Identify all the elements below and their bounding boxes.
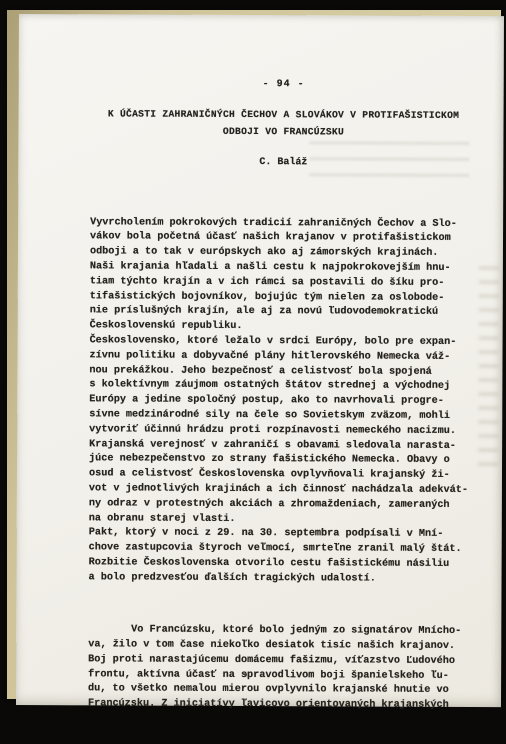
scan-speck <box>244 673 247 676</box>
body-line: va, žilo v tom čase niekoľko desiatok ti… <box>88 638 474 654</box>
body-line: Pakt, ktorý v noci z 29. na 30. septembr… <box>89 527 475 543</box>
body-line: ny odraz v protestných akciách a zhromaž… <box>89 497 475 513</box>
body-line: Československú republiku. <box>90 319 476 335</box>
body-line: zívnu politiku a dobyvačné plány hitlero… <box>89 349 475 365</box>
body-line: Vo Francúzsku, ktoré bolo jedným zo sign… <box>88 623 474 639</box>
body-line: Európy a jedine spoločný postup, ako to … <box>89 393 475 409</box>
body-line: vytvoriť účinnú hrádzu proti rozpínavost… <box>89 423 475 439</box>
article-title: K ÚČASTI ZAHRANIČNÝCH ČECHOV A SLOVÁKOV … <box>90 106 476 141</box>
body-line: a bolo predzvesťou ďalších tragických ud… <box>89 571 475 587</box>
body-line: nou prekážkou. Jeho bezpečnosť a celistv… <box>89 364 475 380</box>
body-line: júce nebezpečenstvo zo strany fašistické… <box>89 453 475 469</box>
body-line: tifašistických bojovníkov, bojujúc tým n… <box>90 290 476 306</box>
body-line: s kolektívnym záujmom ostatných štátov s… <box>89 379 475 395</box>
body-line: frontu, aktívna účasť na spravodlivom bo… <box>88 668 474 684</box>
body-line: na obranu starej vlasti. <box>89 512 475 528</box>
body-line: Boj proti narastajúcemu domácemu fašizmu… <box>88 653 474 669</box>
scanned-page-photo: - 94 - K ÚČASTI ZAHRANIČNÝCH ČECHOV A SL… <box>0 0 506 720</box>
bleed-through-artifact <box>478 266 499 476</box>
body-line: Vyvrcholením pokrokových tradicií zahran… <box>90 216 476 232</box>
body-line: Československo, ktoré ležalo v srdci Eur… <box>90 334 476 350</box>
paragraph-2: Vo Francúzsku, ktoré bolo jedným zo sign… <box>88 623 474 713</box>
body-line: odboji a to tak v európskych ako aj zámo… <box>90 245 476 261</box>
body-line: tiam týchto krajín a v ich rámci sa post… <box>90 275 476 291</box>
body-line: chove zastupcovia štyroch veľmocí, smrte… <box>89 541 475 557</box>
body-line: vot v jednotlivých krajinách a ich činno… <box>89 482 475 498</box>
body-line: Naši krajania hľadali a našli cestu k na… <box>90 260 476 276</box>
paragraph-1: Vyvrcholením pokrokových tradicií zahran… <box>89 216 477 588</box>
body-line: du, to všetko nemalou mierou ovplyvnilo … <box>88 683 474 699</box>
body-line: osud a celistvosť Československa ovplyvň… <box>89 467 475 483</box>
article-body: Vyvrcholením pokrokových tradicií zahran… <box>88 186 476 720</box>
page-number: - 94 - <box>91 78 477 91</box>
body-line: nie príslušných krajín, ale aj za novú ľ… <box>90 305 476 321</box>
body-line: Rozbitie Československa otvorilo cestu f… <box>89 556 475 572</box>
article-title-line1: K ÚČASTI ZAHRANIČNÝCH ČECHOV A SLOVÁKOV … <box>91 106 477 124</box>
text-column: - 94 - K ÚČASTI ZAHRANIČNÝCH ČECHOV A SL… <box>88 14 477 707</box>
body-line: Francúzsku. Z iniciatívy ľavicovo orient… <box>88 697 474 713</box>
body-line: Krajanská verejnosť v zahraničí s obavam… <box>89 438 475 454</box>
document-page: - 94 - K ÚČASTI ZAHRANIČNÝCH ČECHOV A SL… <box>16 14 504 707</box>
article-title-line2: ODBOJI VO FRANCÚZSKU <box>90 123 476 141</box>
body-line: sívne medzinárodné sily na čele so Sovie… <box>89 408 475 424</box>
author-name: C. Baláž <box>90 156 476 169</box>
body-line: vákov bola početná účasť našich krajanov… <box>90 231 476 247</box>
